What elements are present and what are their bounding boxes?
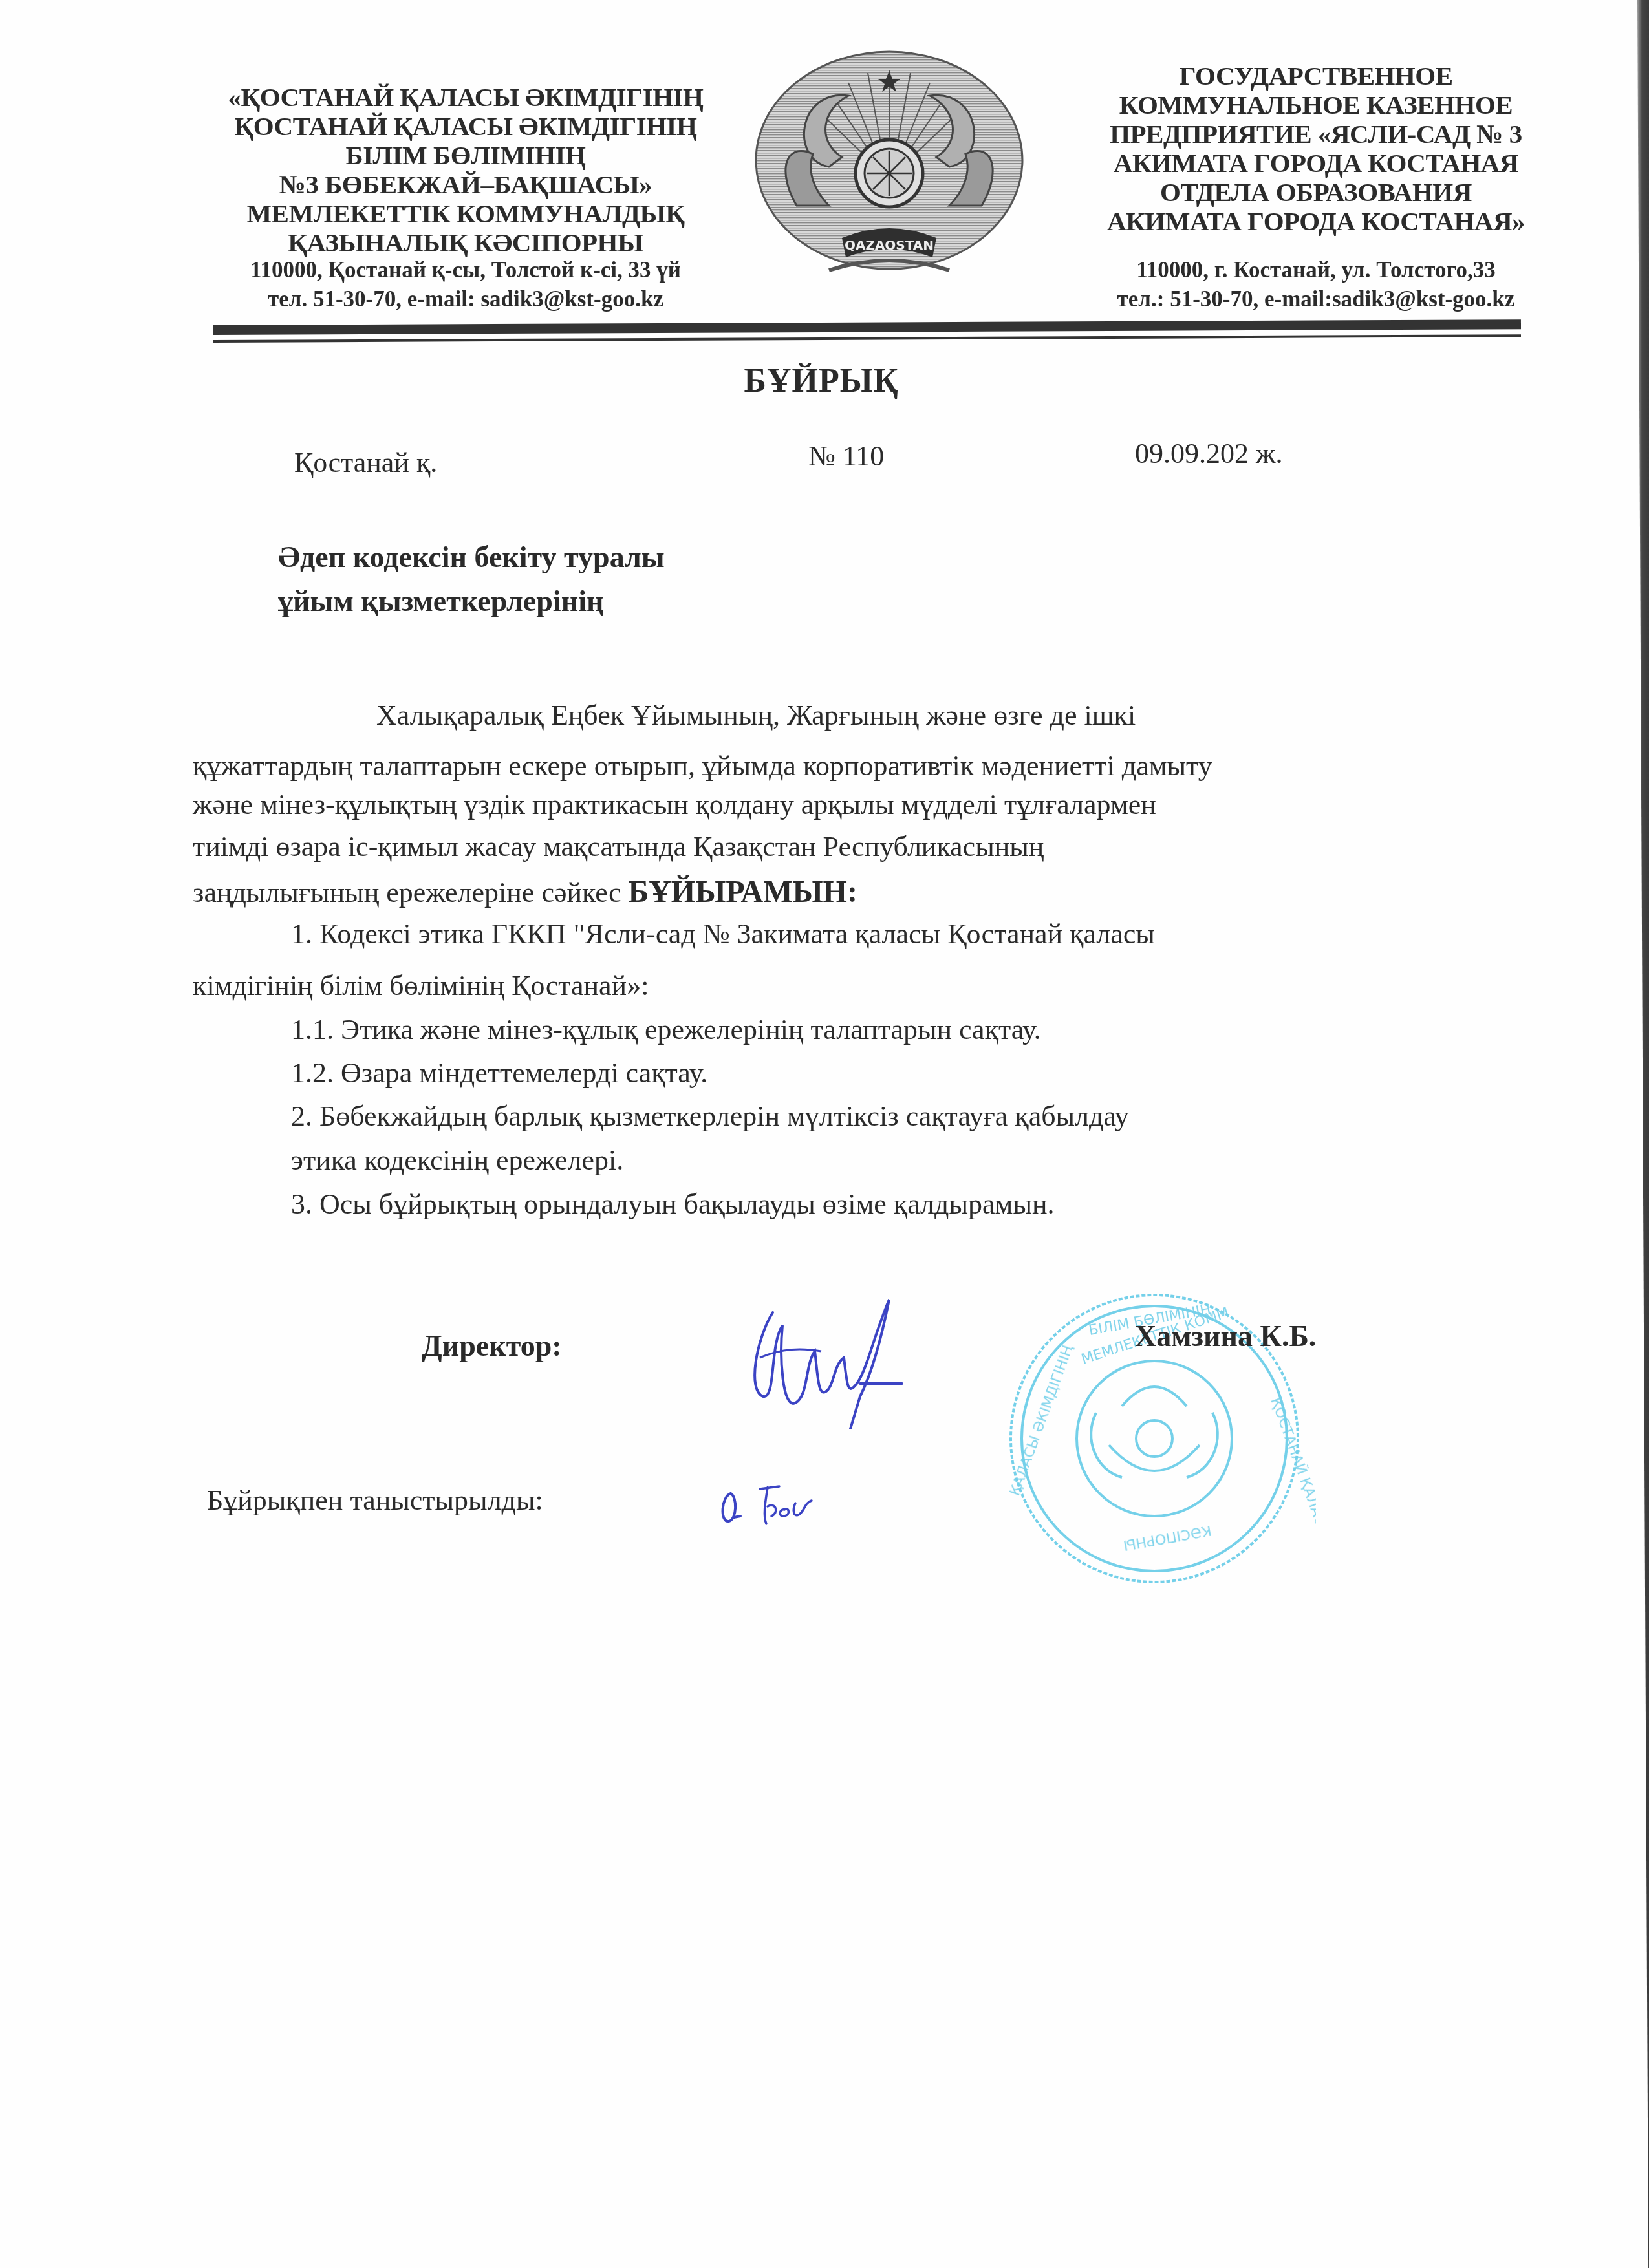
svg-text:КӘСІПОРНЫ: КӘСІПОРНЫ xyxy=(1122,1522,1212,1554)
preamble-line: және мінез-құлықтың үздік практикасын қо… xyxy=(193,789,1156,821)
letterhead-line: №3 БӨБЕКЖАЙ–БАҚШАСЫ» xyxy=(213,170,718,199)
letterhead-line: ОТДЕЛА ОБРАЗОВАНИЯ xyxy=(1070,178,1562,207)
document-date: 09.09.202 ж. xyxy=(1135,437,1282,471)
subject-line: Әдеп кодексін бекіту туралы xyxy=(278,535,665,579)
letterhead-line: ГОСУДАРСТВЕННОЕ xyxy=(1070,61,1562,91)
handwritten-initials-icon xyxy=(715,1477,857,1529)
document-city: Қостанай қ. xyxy=(294,446,437,480)
order-item-1-2: 1.2. Өзара міндеттемелерді сақтау. xyxy=(291,1057,707,1089)
letterhead-line: ҚОСТАНАЙ ҚАЛАСЫ ӘКІМДІГІНІҢ xyxy=(213,112,718,141)
svg-text:QAZAQSTAN: QAZAQSTAN xyxy=(845,237,934,253)
address-line: 110000, Қостанай қ-сы, Толстой к-сі, 33 … xyxy=(213,255,718,284)
preamble-line: құжаттардың талаптарын ескере отырып, ұй… xyxy=(193,750,1212,782)
letterhead-line: БІЛІМ БӨЛІМІНІҢ xyxy=(213,141,718,170)
contacts-line: тел. 51-30-70, e-mail: sadik3@kst-goo.kz xyxy=(213,284,718,314)
letterhead-russian-address: 110000, г. Костанай, ул. Толстого,33 тел… xyxy=(1061,255,1571,314)
letterhead-line: ПРЕДПРИЯТИЕ «ЯСЛИ-САД № 3 xyxy=(1070,120,1562,149)
director-name: Хамзина К.Б. xyxy=(1135,1319,1316,1353)
document-number: № 110 xyxy=(808,440,884,473)
preamble-line: заңдылығының ережелеріне сәйкес БҰЙЫРАМЫ… xyxy=(193,876,857,909)
letterhead-divider-thick xyxy=(213,319,1521,335)
document-subject: Әдеп кодексін бекіту туралы ұйым қызметк… xyxy=(278,535,665,623)
handwritten-signature-icon xyxy=(744,1287,1015,1429)
letterhead-russian-name: ГОСУДАРСТВЕННОЕ КОММУНАЛЬНОЕ КАЗЕННОЕ ПР… xyxy=(1070,61,1562,236)
letterhead-line: АКИМАТА ГОРОДА КОСТАНАЯ xyxy=(1070,149,1562,178)
address-line: 110000, г. Костанай, ул. Толстого,33 xyxy=(1061,255,1571,284)
order-item-3: 3. Осы бұйрықтың орындалуын бақылауды өз… xyxy=(291,1188,1055,1221)
preamble-line: тиімді өзара іс-қимыл жасау мақсатында Қ… xyxy=(193,831,1044,863)
acknowledgement-label: Бұйрықпен таныстырылды: xyxy=(207,1484,543,1517)
letterhead-kazakh-name: «ҚОСТАНАЙ ҚАЛАСЫ ӘКІМДІГІНІҢ ҚОСТАНАЙ ҚА… xyxy=(213,83,718,257)
letterhead-line: «ҚОСТАНАЙ ҚАЛАСЫ ӘКІМДІГІНІҢ xyxy=(213,83,718,112)
order-item-2-cont: этика кодексінің ережелері. xyxy=(291,1144,623,1177)
letterhead-line: КОММУНАЛЬНОЕ КАЗЕННОЕ xyxy=(1070,91,1562,120)
contacts-line: тел.: 51-30-70, e-mail:sadik3@kst-goo.kz xyxy=(1061,284,1571,314)
kazakhstan-state-emblem-icon: QAZAQSTAN xyxy=(751,44,1027,284)
order-item-1-cont: кімдігінің білім бөлімінің Қостанай»: xyxy=(193,970,649,1002)
subject-line: ұйым қызметкерлерінің xyxy=(278,579,665,623)
letterhead-divider-thin xyxy=(213,334,1521,343)
letterhead-line: АКИМАТА ГОРОДА КОСТАНАЯ» xyxy=(1070,207,1562,236)
letterhead-line: ҚАЗЫНАЛЫҚ КӘСІПОРНЫ xyxy=(213,228,718,257)
order-word: БҰЙЫРАМЫН: xyxy=(628,875,857,909)
preamble-tail: заңдылығының ережелеріне сәйкес xyxy=(193,877,621,908)
director-label: Директор: xyxy=(422,1329,562,1363)
order-item-2: 2. Бөбекжайдың барлық қызметкерлерін мүл… xyxy=(291,1100,1129,1133)
order-item-1: 1. Кодексі этика ГККП "Ясли-сад № 3акима… xyxy=(291,918,1155,950)
document-title: БҰЙРЫҚ xyxy=(685,362,957,401)
order-item-1-1: 1.1. Этика және мінез-құлық ережелерінің… xyxy=(291,1014,1041,1046)
letterhead-kazakh-address: 110000, Қостанай қ-сы, Толстой к-сі, 33 … xyxy=(213,255,718,314)
scan-edge-shadow xyxy=(1637,0,1649,2268)
preamble-line: Халықаралық Еңбек Ұйымының, Жарғының жән… xyxy=(376,700,1136,732)
letterhead-line: МЕМЛЕКЕТТІК КОММУНАЛДЫҚ xyxy=(213,199,718,228)
